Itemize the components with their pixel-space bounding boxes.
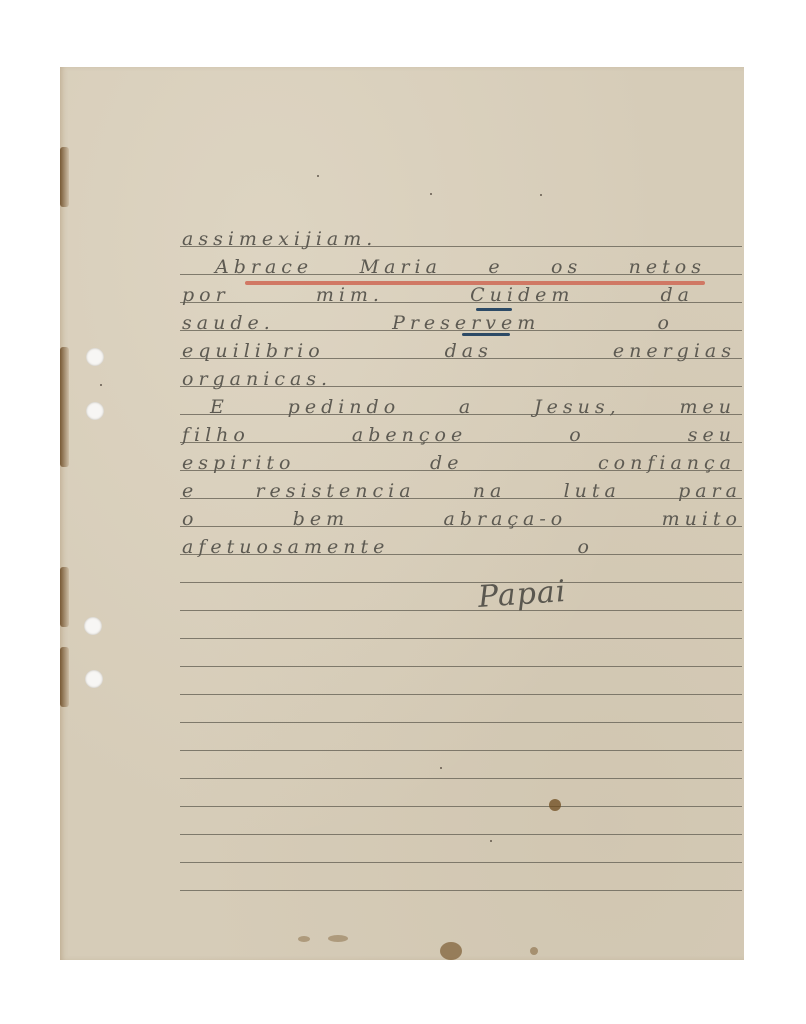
ruled-line [180,834,742,835]
edge-stain [60,347,69,467]
edge-stain [60,147,69,207]
stain [298,936,310,942]
handwritten-line: equilibrio das energias [182,334,736,362]
signature: Papai [477,574,568,615]
word: para [678,480,742,502]
word: pedindo [288,396,400,418]
word: seu [688,424,736,446]
handwritten-line: E pedindo a Jesus, meu [210,390,736,418]
punch-hole [86,348,104,366]
handwritten-line: afetuosamente o [182,530,594,558]
handwritten-line: o bem abraça-o muito [182,502,742,530]
ruled-line [180,666,742,667]
word: o [182,508,198,530]
handwritten-line: saude. Preservem o [182,306,674,334]
word: filho [182,424,250,446]
ruled-line [180,694,742,695]
ruled-line [180,750,742,751]
stain [549,799,561,811]
word: das [445,340,493,362]
ruled-line [180,610,742,611]
punch-hole [86,402,104,420]
word: e [182,480,198,502]
speck [440,767,442,769]
handwritten-line: espirito de confiança [182,446,736,474]
word: E [210,396,229,418]
word: na [473,480,507,502]
word: mim. [316,284,384,306]
handwritten-line: Abrace Maria e os netos [215,250,706,278]
word: abençoe [352,424,467,446]
stain [440,942,462,960]
punch-hole [84,617,102,635]
ruled-line [180,890,742,891]
word: Preservem [392,312,540,334]
word: equilibrio [182,340,325,362]
word: resistencia [255,480,415,502]
word: muito [662,508,742,530]
word: abraça-o [444,508,568,530]
speck [430,193,432,195]
word: energias [613,340,736,362]
punch-hole [85,670,103,688]
word: Cuidem [470,284,574,306]
word: bem [293,508,349,530]
speck [490,840,492,842]
word: saude. [182,312,275,334]
blue-underline-mark [476,308,512,311]
word: Jesus, [534,396,621,418]
word: a [459,396,475,418]
handwritten-line: filho abençoe o seu [182,418,736,446]
word: netos [629,256,706,278]
word: assim [182,228,262,250]
word: o [658,312,674,334]
handwritten-line: assim exijiam. [182,222,324,250]
ruled-line [180,862,742,863]
word: o [578,536,594,558]
letter-page: assim exijiam. Abrace Maria e os netos p… [60,67,744,960]
word: e [488,256,504,278]
ruled-line [180,638,742,639]
stain [530,947,538,955]
word: da [661,284,695,306]
blue-underline-mark [462,333,510,336]
ruled-line [180,722,742,723]
word: Abrace [215,256,313,278]
handwritten-line: e resistencia na luta para [182,474,742,502]
word: exijiam. [262,228,377,250]
word: Maria [360,256,442,278]
word: por [182,284,230,306]
word: organicas. [182,368,332,390]
word: espirito [182,452,295,474]
stain [328,935,348,942]
speck [540,194,542,196]
word: os [551,256,582,278]
ruled-line [180,582,742,583]
edge-stain [60,567,69,627]
word: de [430,452,463,474]
red-underline [245,281,705,285]
speck [100,384,102,386]
handwritten-line: organicas. [182,362,324,390]
word: o [569,424,585,446]
ruled-line [180,778,742,779]
word: afetuosamente [182,536,389,558]
word: luta [564,480,621,502]
speck [317,175,319,177]
word: confiança [598,452,736,474]
edge-stain [60,647,69,707]
word: meu [679,396,736,418]
ruled-line [180,806,742,807]
